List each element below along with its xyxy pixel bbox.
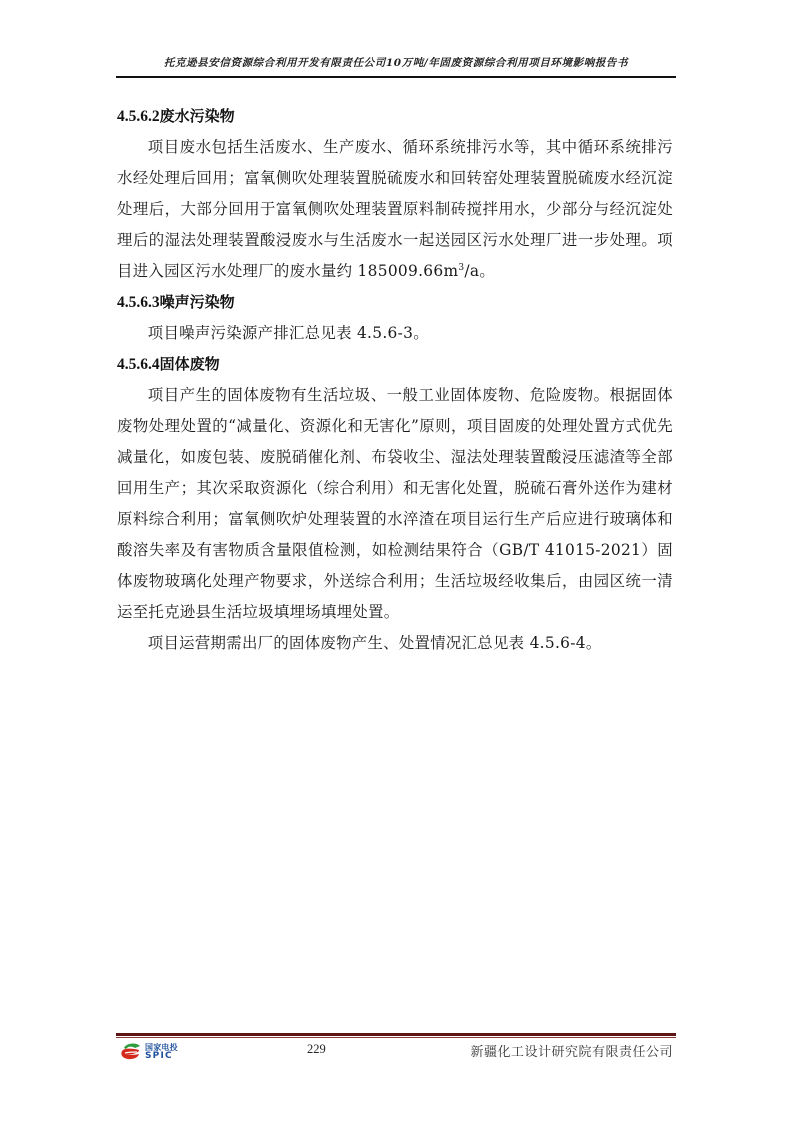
document-body: 4.5.6.2废水污染物 项目废水包括生活废水、生产废水、循环系统排污水等，其中… bbox=[117, 101, 673, 659]
section-title: 固体废物 bbox=[160, 355, 220, 373]
footer-divider-thin bbox=[116, 1037, 676, 1038]
paragraph-wastewater: 项目废水包括生活废水、生产废水、循环系统排污水等，其中循环系统排污水经处理后回用… bbox=[117, 132, 673, 287]
section-number: 4.5.6.2 bbox=[117, 108, 160, 125]
section-heading-solid-waste: 4.5.6.4固体废物 bbox=[117, 349, 673, 380]
footer-divider bbox=[116, 1033, 676, 1036]
paragraph-text-tail: /a。 bbox=[464, 262, 495, 280]
paragraph-noise: 项目噪声污染源产排汇总见表 4.5.6-3。 bbox=[117, 318, 673, 349]
section-heading-noise: 4.5.6.3噪声污染物 bbox=[117, 287, 673, 318]
paragraph-solid-waste-summary: 项目运营期需出厂的固体废物产生、处置情况汇总见表 4.5.6-4。 bbox=[117, 628, 673, 659]
paragraph-text: 项目废水包括生活废水、生产废水、循环系统排污水等，其中循环系统排污水经处理后回用… bbox=[117, 138, 673, 280]
paragraph-solid-waste: 项目产生的固体废物有生活垃圾、一般工业固体废物、危险废物。根据固体废物处理处置的… bbox=[117, 380, 673, 628]
section-number: 4.5.6.3 bbox=[117, 294, 160, 311]
page-number: 229 bbox=[307, 1042, 347, 1057]
page-header: 托克逊县安信资源综合利用开发有限责任公司10万吨/年固废资源综合利用项目环境影响… bbox=[116, 56, 676, 70]
section-title: 噪声污染物 bbox=[160, 293, 235, 311]
section-number: 4.5.6.4 bbox=[117, 356, 160, 373]
logo-text: 国家电投 SPIC bbox=[145, 1043, 178, 1061]
spic-logo: 国家电投 SPIC bbox=[120, 1042, 178, 1062]
section-heading-wastewater: 4.5.6.2废水污染物 bbox=[117, 101, 673, 132]
section-title: 废水污染物 bbox=[160, 107, 235, 125]
header-divider bbox=[116, 76, 676, 78]
report-title: 托克逊县安信资源综合利用开发有限责任公司10万吨/年固废资源综合利用项目环境影响… bbox=[116, 56, 676, 70]
logo-english: SPIC bbox=[145, 1052, 178, 1061]
spic-logo-icon bbox=[120, 1042, 142, 1062]
organization-name: 新疆化工设计研究院有限责任公司 bbox=[470, 1041, 673, 1060]
